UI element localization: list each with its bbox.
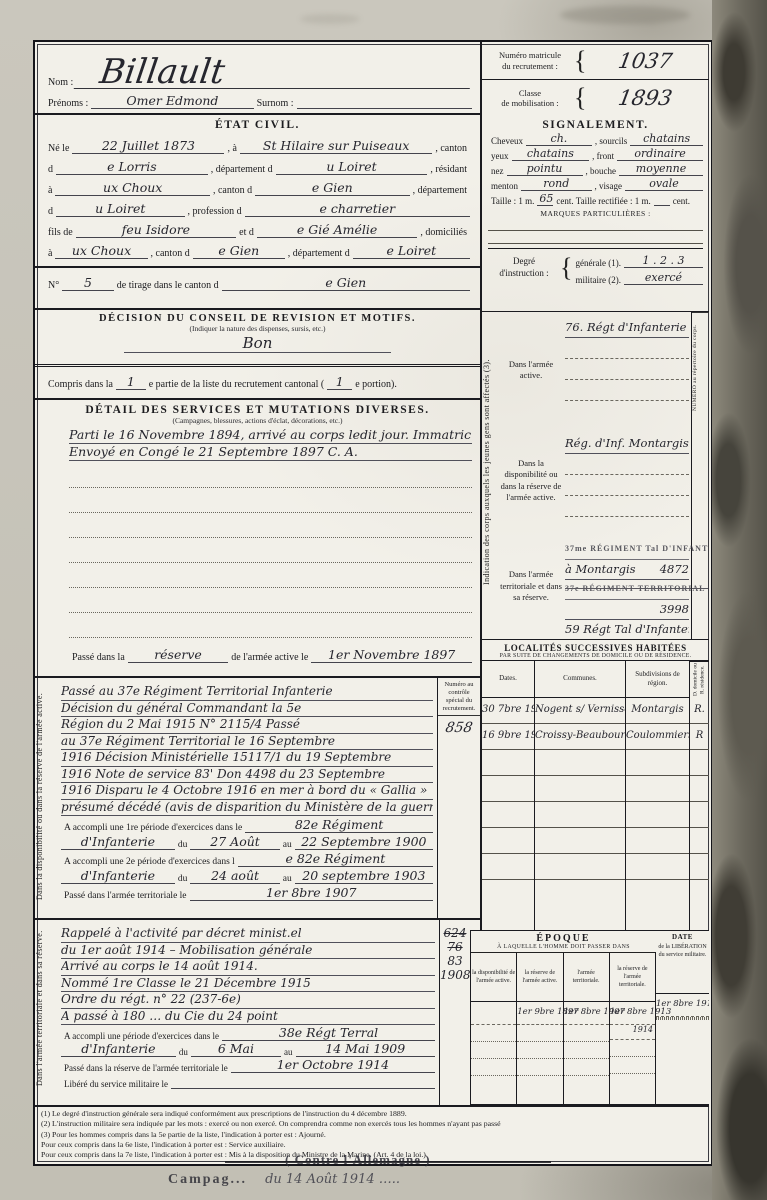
blank-rule-line xyxy=(471,1042,516,1059)
handwritten-value: 82e Régiment xyxy=(245,818,433,833)
epoque-column-header: la réserve de l'armée active. xyxy=(517,953,562,1002)
handwritten-value: ch. xyxy=(526,133,592,146)
blank-rule-line xyxy=(69,613,472,638)
localites-cell xyxy=(626,802,689,828)
epoque-date-column: DATE de la LIBÉRATION du service militai… xyxy=(656,931,709,1104)
signalement-line: nezpointu, bouchemoyenne xyxy=(488,161,703,176)
localites-cells: R.R xyxy=(690,698,709,880)
handwritten-value: 1er 8bre 1907 xyxy=(190,886,433,901)
blank-rule-line xyxy=(69,513,472,538)
handwritten-value: 1 . 2 . 3 xyxy=(624,255,703,268)
printed-label: , canton d xyxy=(148,248,193,259)
prenoms-value: Omer Edmond xyxy=(91,94,253,109)
blank-rule-line xyxy=(69,463,472,488)
handwritten-value: ordinaire xyxy=(617,148,703,161)
printed-label: de tirage dans le canton d xyxy=(114,280,222,291)
disponibilite-section: Dans la disponibilité ou dans la réserve… xyxy=(35,678,480,920)
matricule-label-1: Numéro matricule xyxy=(499,50,561,60)
printed-label: d xyxy=(45,206,56,217)
blank-rule-line xyxy=(565,359,689,380)
nom-value: Billault xyxy=(74,57,474,89)
handwritten-line: 1916 Disparu le 4 Octobre 1916 en mer à … xyxy=(61,783,433,800)
handwritten-line: 1916 Note de service 83' Don 4498 du 23 … xyxy=(61,767,433,784)
services-title: DÉTAIL DES SERVICES ET MUTATIONS DIVERSE… xyxy=(35,404,480,416)
blank-rule-line xyxy=(488,231,703,244)
matricule-label-2: du recrutement : xyxy=(502,61,558,71)
printed-label: , visage xyxy=(592,181,626,191)
printed-label: , département d xyxy=(208,164,276,175)
printed-label: Né le xyxy=(45,143,72,154)
handwritten-value: chatains xyxy=(630,133,703,146)
dispo-side-label: Dans la disponibilité ou dans la réserve… xyxy=(35,686,44,906)
localites-header: Dates. xyxy=(482,661,534,698)
campagne-handwriting: du 14 Août 1914 ….. xyxy=(265,1172,400,1187)
handwritten-value: 1er Novembre 1897 xyxy=(311,648,472,663)
localites-cell xyxy=(690,854,709,880)
dispo-passe-line: Passé dans l'armée territoriale le1er 8b… xyxy=(61,884,433,901)
periode1-line: A accompli une 1re période d'exercices d… xyxy=(61,816,433,833)
services-passe-line: Passé dans laréservede l'armée active le… xyxy=(69,648,472,663)
corps-terr-number: 3998 xyxy=(660,600,689,619)
epoque-column: la disponibilité de l'armée active. xyxy=(471,953,517,1104)
printed-label: au xyxy=(281,1047,296,1057)
printed-label: menton xyxy=(488,181,521,191)
printed-label: générale (1). xyxy=(572,258,623,268)
printed-label: , département xyxy=(410,185,470,196)
printed-label: Cheveux xyxy=(488,136,526,146)
printed-label: , canton xyxy=(432,143,470,154)
epoque-column-value: 1er 8bre 1907 xyxy=(564,1002,609,1025)
scan-edge-shadow xyxy=(712,0,767,1200)
nom-label: Nom : xyxy=(45,77,76,88)
printed-label: , à xyxy=(224,143,239,154)
etat-civil-line: fils defeu Isidoreet de Gié Amélie, domi… xyxy=(45,217,470,238)
pencil-smudge xyxy=(560,6,690,24)
localites-cell: Montargis xyxy=(626,698,689,724)
handwritten-value: 27 Août xyxy=(190,835,279,850)
prenoms-label: Prénoms : xyxy=(45,98,91,109)
printed-label: du xyxy=(176,1047,191,1057)
corps-terr-text: à Montargis xyxy=(565,560,636,579)
localites-cell: Nogent s/ Vernisson xyxy=(535,698,625,724)
taille-line: Taille : 1 m.65cent. Taille rectifiée : … xyxy=(488,191,703,206)
localites-cell: 30 7bre 1900 xyxy=(482,698,534,724)
matricule-label: Numéro matricule du recrutement : xyxy=(486,50,574,70)
localites-cell: R xyxy=(690,724,709,750)
corps-terr-number: 4872 xyxy=(660,560,689,579)
printed-label: , bouche xyxy=(583,166,620,176)
marques-blank-rules xyxy=(488,218,703,244)
handwritten-line: présumé décédé (avis de disparition du M… xyxy=(61,800,433,817)
corps-dispo-label: Dans la disponibilité ou dans la réserve… xyxy=(499,458,563,504)
corps-side: Indication des corps auxquels les jeunes… xyxy=(482,312,499,639)
blank-rule-line xyxy=(565,454,689,475)
localites-cell xyxy=(482,776,534,802)
degre-label-1: Degré xyxy=(513,256,535,266)
localites-cell: R. xyxy=(690,698,709,724)
epoque-column-header: la disponibilité de l'armée active. xyxy=(471,953,516,1002)
blank-rule-line xyxy=(517,1059,562,1076)
epoque-title: ÉPOQUE xyxy=(471,931,656,944)
signalement-line: Cheveuxch., sourcilschatains xyxy=(488,131,703,146)
decision-subtitle: (Indiquer la nature des dispenses, sursi… xyxy=(35,324,480,333)
handwritten-value: e Gien xyxy=(222,276,470,291)
localites-cell xyxy=(690,802,709,828)
signalement-line: yeuxchatains, frontordinaire xyxy=(488,146,703,161)
blank-rule-line xyxy=(69,563,472,588)
handwritten-value: 14 Mai 1909 xyxy=(296,1042,435,1057)
printed-label: d xyxy=(45,164,56,175)
tirage-section: N°5de tirage dans le canton de Gien xyxy=(35,268,480,310)
blank-rule-line xyxy=(564,1025,609,1042)
handwritten-value: ovale xyxy=(625,178,703,191)
localites-cell: Coulommiers xyxy=(626,724,689,750)
blank-rule-line xyxy=(471,1059,516,1076)
numero-controle-column: Numéro au contrôle spécial du recrutemen… xyxy=(437,678,480,918)
handwritten-value: feu Isidore xyxy=(76,223,236,238)
blank-rule-line xyxy=(69,538,472,563)
localites-cell xyxy=(690,750,709,776)
corps-terr-value: à Montargis 4872 xyxy=(565,560,689,580)
blank-rule-line xyxy=(564,1059,609,1076)
handwritten-value: e Lorris xyxy=(56,160,208,175)
localites-header: D. domicile ou R. résidence. xyxy=(690,661,709,698)
printed-label: , sourcils xyxy=(592,136,631,146)
printed-label: nez xyxy=(488,166,507,176)
corps-main: Dans l'armée active. 76. Régt d'Infanter… xyxy=(499,312,691,639)
handwritten-value xyxy=(171,1088,435,1089)
scanned-military-record: Nom : Billault Prénoms : Omer Edmond Sur… xyxy=(0,0,767,1200)
handwritten-value: u Loiret xyxy=(56,202,185,217)
compris-line: Compris dans la1e partie de la liste du … xyxy=(45,375,470,390)
footnote-line: Pour ceux compris dans la 6e liste, l'in… xyxy=(41,1140,703,1150)
handwritten-value xyxy=(654,205,670,206)
margin-number: 624 xyxy=(440,926,470,940)
signalement-section: SIGNALEMENT. Cheveuxch., sourcilschatain… xyxy=(480,115,709,312)
blank-rule-line xyxy=(610,1040,655,1057)
margin-number: 76 xyxy=(440,940,470,954)
pencil-smudge xyxy=(300,14,360,24)
epoque-column-header: l'armée territoriale. xyxy=(564,953,609,1002)
localites-header: Subdivisions de région. xyxy=(626,661,689,698)
printed-label: à xyxy=(45,248,55,259)
corps-active-lines: 76. Régt d'Infanterie xyxy=(563,312,691,428)
localites-head: LOCALITÉS SUCCESSIVES HABITÉES PAR SUITE… xyxy=(482,640,709,660)
handwritten-value: 65 xyxy=(537,193,553,206)
handwritten-line: Passé au 37e Régiment Territorial Infant… xyxy=(61,684,433,701)
blank-rule-line xyxy=(564,1042,609,1059)
blank-rule-line xyxy=(565,475,689,496)
terr-passe-line: Passé dans la réserve de l'armée territo… xyxy=(61,1057,435,1073)
handwritten-value: 38e Régt Terral xyxy=(222,1026,435,1041)
printed-label: A accompli une période d'exercices dans … xyxy=(61,1031,222,1041)
handwritten-value: e Gien xyxy=(193,244,285,259)
handwritten-value: 1er Octobre 1914 xyxy=(231,1058,435,1073)
printed-label: e portion). xyxy=(352,379,400,390)
localites-cell xyxy=(690,776,709,802)
handwritten-line: Envoyé en Congé le 21 Septembre 1897 C. … xyxy=(69,444,472,461)
regiment-stamp: 37me RÉGIMENT Tal D'INFANTERIE xyxy=(565,540,689,560)
handwritten-value: 20 septembre 1903 xyxy=(295,869,433,884)
handwritten-value: e 82e Régiment xyxy=(238,852,433,867)
etat-civil-line: Né le22 Juillet 1873, àSt Hilaire sur Pu… xyxy=(45,133,470,154)
corps-terr-lines: 37me RÉGIMENT Tal D'INFANTERIE à Montarg… xyxy=(563,534,691,639)
localites-cell xyxy=(690,828,709,854)
handwritten-value: d'Infanterie xyxy=(61,835,175,850)
printed-label: Passé dans la xyxy=(69,652,128,663)
terr-side: Dans l'armée territoriale et dans sa rés… xyxy=(35,920,53,1105)
printed-label: , département d xyxy=(285,248,353,259)
handwritten-value: réserve xyxy=(128,648,228,663)
printed-label: Libéré du service militaire le xyxy=(61,1079,171,1089)
printed-label: , résidant xyxy=(427,164,470,175)
blank-rule-line xyxy=(565,380,689,401)
terr-side-label: Dans l'armée territoriale et dans sa rés… xyxy=(35,926,44,1091)
localites-cells: 30 7bre 190016 9bre 1907 xyxy=(482,698,534,880)
handwritten-line: Région du 2 Mai 1915 N° 2115/4 Passé xyxy=(61,717,433,734)
printed-label: de l'armée active le xyxy=(228,652,311,663)
periode1-line: d'Infanteriedu27 Aoûtau22 Septembre 1900 xyxy=(61,833,433,850)
printed-label: au xyxy=(280,840,295,850)
etat-civil-line: àux Choux, canton de Gien, département d… xyxy=(45,238,470,259)
signalement-title: SIGNALEMENT. xyxy=(488,119,703,131)
handwritten-line: Rappelé à l'activité par décret minist.e… xyxy=(61,926,435,943)
epoque-section: ÉPOQUE À LAQUELLE L'HOMME DOIT PASSER DA… xyxy=(470,930,709,1105)
printed-label: , front xyxy=(589,151,617,161)
handwritten-value: 1 xyxy=(116,375,146,390)
epoque-column-value: 1er 8bre 1913 xyxy=(610,1002,655,1025)
printed-label: et d xyxy=(236,227,257,238)
degre-label: Degré d'instruction : xyxy=(488,256,560,279)
matricule-value: 1037 xyxy=(584,49,707,73)
terr-main: Rappelé à l'activité par décret minist.e… xyxy=(53,920,439,1105)
localites-cell xyxy=(535,828,625,854)
printed-label: au xyxy=(280,874,295,884)
etat-civil-title: ÉTAT CIVIL. xyxy=(45,119,470,131)
surnom-label: Surnom : xyxy=(254,98,297,109)
corps-terr-number-line: 3998 xyxy=(565,600,689,620)
handwritten-value: e Loiret xyxy=(353,244,470,259)
localites-cell xyxy=(535,802,625,828)
contre-allemagne-stamp: ( Contre l'Allemagne ) xyxy=(285,1152,431,1168)
campagne-line: Campag... du 14 Août 1914 ….. xyxy=(168,1172,400,1188)
handwritten-value: 6 Mai xyxy=(191,1042,281,1057)
printed-label: Compris dans la xyxy=(45,379,116,390)
terr-periode-line: A accompli une période d'exercices dans … xyxy=(61,1025,435,1041)
decision-section: DÉCISION DU CONSEIL DE REVISION ET MOTIF… xyxy=(35,310,480,367)
printed-label: , profession d xyxy=(185,206,245,217)
epoque-column-header: la réserve de l'armée territoriale. xyxy=(610,953,655,1002)
degre-generale-line: générale (1).1 . 2 . 3 xyxy=(572,251,703,268)
degre-instruction: Degré d'instruction : { générale (1).1 .… xyxy=(488,248,703,285)
corps-active-row: Dans l'armée active. 76. Régt d'Infanter… xyxy=(499,312,691,428)
territoriale-section: Dans l'armée territoriale et dans sa rés… xyxy=(35,920,470,1105)
localites-cell xyxy=(626,854,689,880)
corps-active-value: 76. Régt d'Infanterie xyxy=(565,318,689,338)
blank-rule-line xyxy=(610,1057,655,1074)
printed-label: N° xyxy=(45,280,62,291)
handwritten-value: 5 xyxy=(62,276,114,291)
degre-lines: générale (1).1 . 2 . 3 militaire (2).exe… xyxy=(572,251,703,285)
handwritten-value: exercé xyxy=(624,272,703,285)
classe-row: Classe de mobilisation : { 1893 xyxy=(482,79,709,115)
periode2-line: d'Infanteriedu24 aoûtau20 septembre 1903 xyxy=(61,867,433,884)
printed-label: cent. Taille rectifiée : 1 m. xyxy=(553,196,653,206)
handwritten-line: Nommé 1re Classe le 21 Décembre 1915 xyxy=(61,976,435,993)
localites-cell xyxy=(535,776,625,802)
localites-cell xyxy=(626,776,689,802)
epoque-column-value-2: 1914 xyxy=(610,1025,655,1040)
tirage-line: N°5de tirage dans le canton de Gien xyxy=(45,276,470,291)
epoque-column: la réserve de l'armée active.1er 9bre 18… xyxy=(517,953,563,1104)
localites-cell xyxy=(482,854,534,880)
footnote-line: (2) L'instruction militaire sera indiqué… xyxy=(41,1119,703,1129)
localites-cell xyxy=(535,854,625,880)
blank-rule-line xyxy=(517,1042,562,1059)
localites-cell xyxy=(535,750,625,776)
blank-rule-line xyxy=(69,588,472,613)
margin-numbers-column: 62476831908 xyxy=(439,920,470,1105)
corps-terr-value: 59 Régt Tal d'Infanterie 44528 xyxy=(565,620,689,640)
printed-label: , canton d xyxy=(210,185,255,196)
localites-header: Communes. xyxy=(535,661,625,698)
printed-label: Passé dans l'armée territoriale le xyxy=(61,891,190,901)
etat-civil-line: du Loiret, profession de charretier xyxy=(45,196,470,217)
classe-label-2: de mobilisation : xyxy=(501,98,558,108)
footnote-line: (3) Pour les hommes compris dans la 5e p… xyxy=(41,1130,703,1140)
dispo-handwriting: Passé au 37e Régiment Territorial Infant… xyxy=(61,684,433,816)
handwritten-value: 24 août xyxy=(190,869,279,884)
numero-controle-label: Numéro au contrôle spécial du recrutemen… xyxy=(438,680,480,716)
etat-civil-line: àux Choux, canton de Gien, département xyxy=(45,175,470,196)
footnote-line: (1) Le degré d'instruction générale sera… xyxy=(41,1109,703,1119)
localites-section: LOCALITÉS SUCCESSIVES HABITÉES PAR SUITE… xyxy=(480,640,709,930)
printed-label: yeux xyxy=(488,151,512,161)
corps-active-label: Dans l'armée active. xyxy=(499,359,563,382)
nom-row: Nom : Billault xyxy=(45,57,472,89)
epoque-column: l'armée territoriale.1er 8bre 1907 xyxy=(564,953,610,1104)
corps-terr-text: 59 Régt Tal d'Infanterie xyxy=(565,620,689,639)
decision-value: Bon xyxy=(124,334,391,353)
epoque-column-value xyxy=(471,1002,516,1025)
localites-cell xyxy=(482,750,534,776)
matricule-header: Numéro matricule du recrutement : { 1037… xyxy=(480,42,709,115)
handwritten-value: moyenne xyxy=(619,163,703,176)
localites-cells: MontargisCoulommiers xyxy=(626,698,689,880)
brace-glyph: { xyxy=(560,255,572,281)
printed-label: A accompli une 1re période d'exercices d… xyxy=(61,823,245,833)
handwritten-value: d'Infanterie xyxy=(61,1042,176,1057)
localites-cell xyxy=(626,828,689,854)
libere-line: Libéré du service militaire le xyxy=(61,1073,435,1089)
corps-active-text: 76. Régt d'Infanterie xyxy=(565,318,686,337)
localites-cell xyxy=(482,828,534,854)
epoque-date-header-top: DATE xyxy=(672,933,693,941)
handwritten-value: e charretier xyxy=(245,202,470,217)
classe-label: Classe de mobilisation : xyxy=(486,88,574,108)
localites-col-dates: Dates. 30 7bre 190016 9bre 1907 xyxy=(482,661,535,930)
epoque-column-value: 1er 9bre 1897 xyxy=(517,1002,562,1025)
epoque-date-header-rest: de la LIBÉRATION du service militaire. xyxy=(658,944,706,958)
handwritten-value: d'Infanterie xyxy=(61,869,175,884)
handwritten-value: e Gien xyxy=(255,181,409,196)
handwritten-line: au 37e Régiment Territorial le 16 Septem… xyxy=(61,734,433,751)
handwritten-line: Ordre du régt. n° 22 (237-6e) xyxy=(61,992,435,1009)
handwritten-value: e Gié Amélie xyxy=(257,223,417,238)
etat-civil-section: ÉTAT CIVIL. Né le22 Juillet 1873, àSt Hi… xyxy=(35,115,480,268)
localites-title: LOCALITÉS SUCCESSIVES HABITÉES xyxy=(484,643,707,653)
corps-dispo-text: Rég. d'Inf. Montargis xyxy=(565,434,689,453)
localites-col-communes: Communes. Nogent s/ VernissonCroissy-Bea… xyxy=(535,661,626,930)
periode2-line: A accompli une 2e période d'exercices da… xyxy=(61,850,433,867)
localites-table: Dates. 30 7bre 190016 9bre 1907 Communes… xyxy=(482,660,709,930)
surnom-value xyxy=(297,108,472,109)
epoque-left: ÉPOQUE À LAQUELLE L'HOMME DOIT PASSER DA… xyxy=(471,931,656,1104)
corps-dispo-rules xyxy=(565,454,689,517)
handwritten-value: 22 Juillet 1873 xyxy=(72,139,224,154)
handwritten-line: Parti le 16 Novembre 1894, arrivé au cor… xyxy=(69,427,472,444)
epoque-column: la réserve de l'armée territoriale.1er 8… xyxy=(610,953,656,1104)
handwritten-line: Arrivé au corps le 14 août 1914. xyxy=(61,959,435,976)
corps-side-label: Indication des corps auxquels les jeunes… xyxy=(482,312,491,632)
corps-dispo-value: Rég. d'Inf. Montargis 3926 xyxy=(565,434,689,454)
printed-label: du xyxy=(175,840,191,850)
terr-handwriting: Rappelé à l'activité par décret minist.e… xyxy=(61,926,435,1025)
signalement-line: mentonrond, visageovale xyxy=(488,176,703,191)
handwritten-value: chatains xyxy=(512,148,590,161)
corps-terr-label: Dans l'armée territoriale et dans sa rés… xyxy=(499,569,563,603)
etat-civil-line: de Lorris, département du Loiret, résida… xyxy=(45,154,470,175)
handwritten-line: 1916 Décision Ministérielle 15117/1 du 1… xyxy=(61,750,433,767)
degre-label-2: d'instruction : xyxy=(499,268,548,278)
handwritten-value: ux Choux xyxy=(55,181,209,196)
printed-label: militaire (2). xyxy=(572,275,623,285)
margin-number: 1908 xyxy=(440,968,470,982)
terr-periode-line: d'Infanteriedu6 Maiau14 Mai 1909 xyxy=(61,1041,435,1057)
epoque-subtitle: À LAQUELLE L'HOMME DOIT PASSER DANS xyxy=(471,944,656,953)
corps-terr-row: Dans l'armée territoriale et dans sa rés… xyxy=(499,534,691,639)
localites-subtitle: PAR SUITE DE CHANGEMENTS DE DOMICILE OU … xyxy=(484,653,707,659)
handwritten-value: 22 Septembre 1900 xyxy=(295,835,433,850)
numero-controle-value: 858 xyxy=(437,720,480,736)
decision-title: DÉCISION DU CONSEIL DE REVISION ET MOTIF… xyxy=(35,313,480,324)
handwritten-value: u Loiret xyxy=(276,160,428,175)
epoque-date-header: DATE de la LIBÉRATION du service militai… xyxy=(656,931,709,994)
prenoms-row: Prénoms : Omer Edmond Surnom : xyxy=(45,94,472,109)
printed-label: fils de xyxy=(45,227,76,238)
blank-rule-line xyxy=(69,488,472,513)
matricule-row: Numéro matricule du recrutement : { 1037 xyxy=(482,42,709,79)
handwritten-value: 1 xyxy=(327,375,352,390)
blank-rule-line xyxy=(565,338,689,359)
regiment-stamp-struck: 37e RÉGIMENT TERRITORIAL D'INF. xyxy=(565,580,689,600)
blank-rule-line xyxy=(471,1025,516,1042)
handwritten-line: A passé à 180 … du Cie du 24 point xyxy=(61,1009,435,1026)
repertoire-label: NUMÉRO au répertoire du corps. xyxy=(692,312,709,423)
epoque-date-rules xyxy=(656,1017,709,1020)
blank-rule-line xyxy=(517,1025,562,1042)
campagne-label: Campag... xyxy=(168,1172,247,1188)
epoque-columns: la disponibilité de l'armée active.la ré… xyxy=(471,953,656,1104)
identity-header: Nom : Billault Prénoms : Omer Edmond Sur… xyxy=(35,42,480,115)
corps-active-rules xyxy=(565,338,689,401)
printed-label: , domiciliés xyxy=(417,227,470,238)
compris-section: Compris dans la1e partie de la liste du … xyxy=(35,367,480,400)
dispo-side: Dans la disponibilité ou dans la réserve… xyxy=(35,678,53,918)
epoque-date-value: 1er 8bre 1914 xyxy=(656,994,709,1017)
blank-rule-line xyxy=(488,218,703,231)
dispo-main: Passé au 37e Régiment Territorial Infant… xyxy=(53,678,437,918)
